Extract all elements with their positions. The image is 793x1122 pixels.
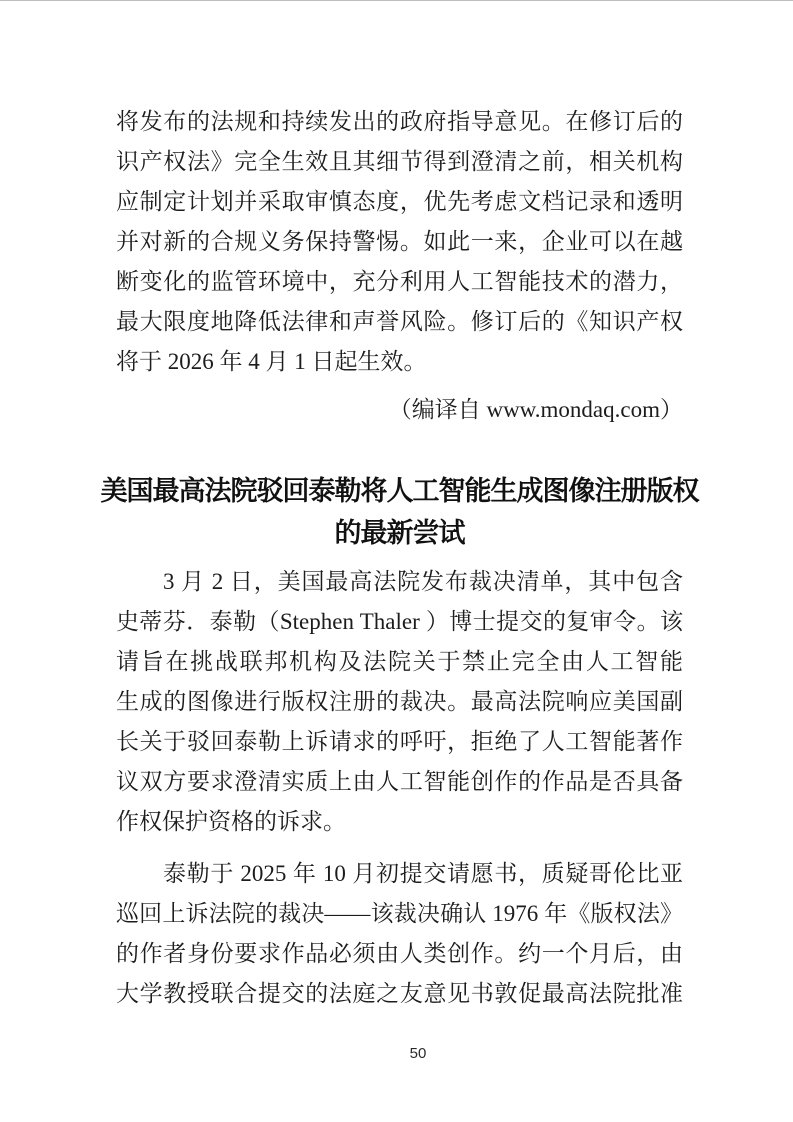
text-line: 长关于驳回泰勒上诉请求的呼吁，拒绝了人工智能著作权争 <box>116 722 683 762</box>
text-line: 断变化的监管环境中，充分利用人工智能技术的潜力，同时 <box>116 262 683 302</box>
text-line: 应制定计划并采取审慎态度，优先考虑文档记录和透明度， <box>116 182 683 222</box>
attribution-line: （编译自 www.mondaq.com） <box>116 390 683 430</box>
text-line: 3 月 2 日，美国最高法院发布裁决清单，其中包含驳回 <box>116 562 683 602</box>
text-line: 巡回上诉法院的裁决——该裁决确认 1976 年《版权法》规定 <box>116 894 683 934</box>
article-title: 美国最高法院驳回泰勒将人工智能生成图像注册版权 的最新尝试 <box>96 470 703 554</box>
text-column: 将发布的法规和持续发出的政府指导意见。在修订后的《知识产权法》完全生效且其细节得… <box>116 1 683 1014</box>
text-line: 将发布的法规和持续发出的政府指导意见。在修订后的《知 <box>116 102 683 142</box>
paragraph-continued: 将发布的法规和持续发出的政府指导意见。在修订后的《知识产权法》完全生效且其细节得… <box>116 102 683 382</box>
text-line: 史蒂芬．泰勒（Stephen Thaler ）博士提交的复审令。该申 <box>116 602 683 642</box>
page-number: 50 <box>0 1045 793 1062</box>
article-title-line-2: 的最新尝试 <box>96 512 703 554</box>
text-line: 作权保护资格的诉求。 <box>116 802 683 842</box>
text-line: 识产权法》完全生效且其细节得到澄清之前，相关机构组织 <box>116 142 683 182</box>
article-title-line-1: 美国最高法院驳回泰勒将人工智能生成图像注册版权 <box>96 470 703 512</box>
paragraph-2: 泰勒于 2025 年 10 月初提交请愿书，质疑哥伦比亚特区巡回上诉法院的裁决—… <box>116 854 683 1014</box>
text-line: 泰勒于 2025 年 10 月初提交请愿书，质疑哥伦比亚特区 <box>116 854 683 894</box>
text-line: 的作者身份要求作品必须由人类创作。约一个月后，由多位 <box>116 934 683 974</box>
text-line: 大学教授联合提交的法庭之友意见书敦促最高法院批准泰 <box>116 974 683 1014</box>
text-line: 最大限度地降低法律和声誉风险。修订后的《知识产权法》 <box>116 302 683 342</box>
text-line: 将于 2026 年 4 月 1 日起生效。 <box>116 342 683 382</box>
paragraph-1: 3 月 2 日，美国最高法院发布裁决清单，其中包含驳回史蒂芬．泰勒（Stephe… <box>116 562 683 842</box>
text-line: 请旨在挑战联邦机构及法院关于禁止完全由人工智能（AI） <box>116 642 683 682</box>
text-line: 并对新的合规义务保持警惕。如此一来，企业可以在越南不 <box>116 222 683 262</box>
document-page: 将发布的法规和持续发出的政府指导意见。在修订后的《知识产权法》完全生效且其细节得… <box>0 0 793 1122</box>
text-line: 议双方要求澄清实质上由人工智能创作的作品是否具备著 <box>116 762 683 802</box>
text-line: 生成的图像进行版权注册的裁决。最高法院响应美国副检察 <box>116 682 683 722</box>
